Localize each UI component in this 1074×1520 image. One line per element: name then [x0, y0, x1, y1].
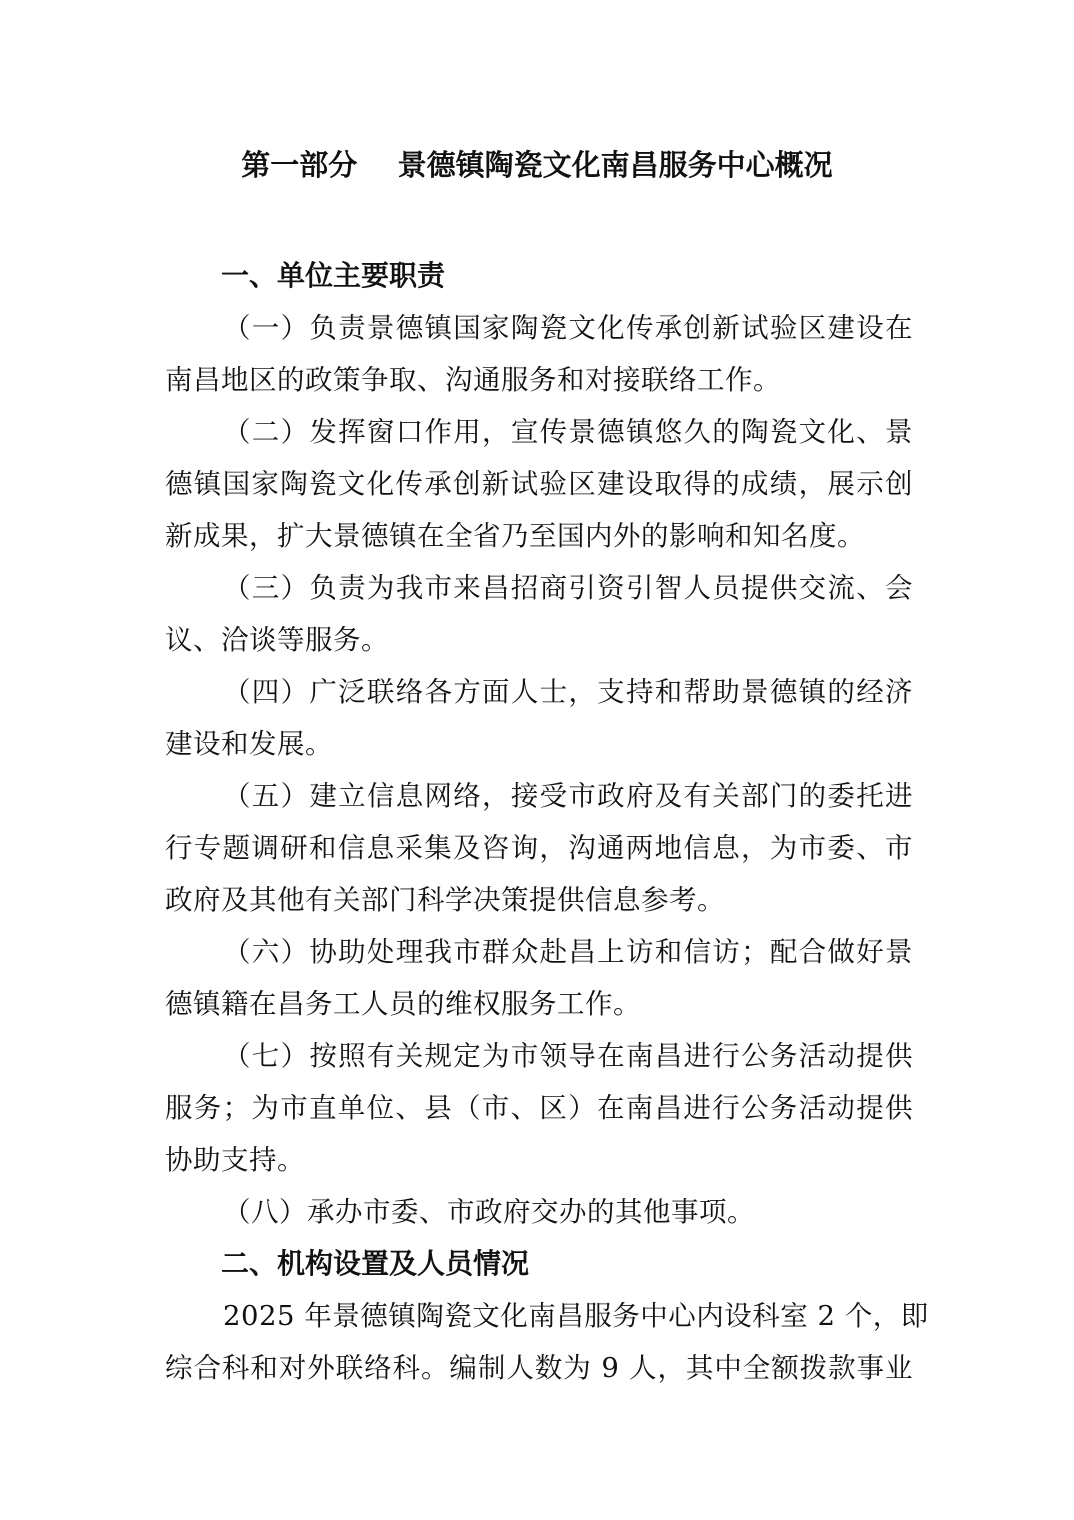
text-line: 建设和发展。: [165, 718, 913, 770]
text-line: （六）协助处理我市群众赴昌上访和信访；配合做好景: [165, 926, 913, 978]
text-line: 2025 年景德镇陶瓷文化南昌服务中心内设科室 2 个，即: [165, 1290, 913, 1342]
text-line: （三）负责为我市来昌招商引资引智人员提供交流、会: [165, 562, 913, 614]
section-heading: 一、单位主要职责: [165, 250, 913, 302]
text-line: （八）承办市委、市政府交办的其他事项。: [165, 1186, 913, 1238]
page-title: 第一部分 景德镇陶瓷文化南昌服务中心概况: [0, 140, 1074, 190]
section-heading: 二、机构设置及人员情况: [165, 1238, 913, 1290]
paragraph-duty-1: （一）负责景德镇国家陶瓷文化传承创新试验区建设在 南昌地区的政策争取、沟通服务和…: [165, 302, 913, 406]
section-duties: 一、单位主要职责 （一）负责景德镇国家陶瓷文化传承创新试验区建设在 南昌地区的政…: [165, 250, 913, 1394]
paragraph-duty-3: （三）负责为我市来昌招商引资引智人员提供交流、会 议、洽谈等服务。: [165, 562, 913, 666]
paragraph-duty-8: （八）承办市委、市政府交办的其他事项。: [165, 1186, 913, 1238]
text-line: 服务；为市直单位、县（市、区）在南昌进行公务活动提供: [165, 1082, 913, 1134]
text-line: （七）按照有关规定为市领导在南昌进行公务活动提供: [165, 1030, 913, 1082]
document-page: 第一部分 景德镇陶瓷文化南昌服务中心概况 一、单位主要职责 （一）负责景德镇国家…: [0, 0, 1074, 1520]
paragraph-duty-2: （二）发挥窗口作用，宣传景德镇悠久的陶瓷文化、景 德镇国家陶瓷文化传承创新试验区…: [165, 406, 913, 562]
paragraph-duty-6: （六）协助处理我市群众赴昌上访和信访；配合做好景 德镇籍在昌务工人员的维权服务工…: [165, 926, 913, 1030]
paragraph-duty-5: （五）建立信息网络，接受市政府及有关部门的委托进 行专题调研和信息采集及咨询，沟…: [165, 770, 913, 926]
text-line: （二）发挥窗口作用，宣传景德镇悠久的陶瓷文化、景: [165, 406, 913, 458]
text-line: （五）建立信息网络，接受市政府及有关部门的委托进: [165, 770, 913, 822]
paragraph-duty-7: （七）按照有关规定为市领导在南昌进行公务活动提供 服务；为市直单位、县（市、区）…: [165, 1030, 913, 1186]
text-line: 协助支持。: [165, 1134, 913, 1186]
text-line: 德镇籍在昌务工人员的维权服务工作。: [165, 978, 913, 1030]
text-line: 政府及其他有关部门科学决策提供信息参考。: [165, 874, 913, 926]
text-line: 南昌地区的政策争取、沟通服务和对接联络工作。: [165, 354, 913, 406]
text-line: 议、洽谈等服务。: [165, 614, 913, 666]
text-line: 综合科和对外联络科。编制人数为 9 人，其中全额拨款事业: [165, 1342, 913, 1394]
text-line: （四）广泛联络各方面人士，支持和帮助景德镇的经济: [165, 666, 913, 718]
text-line: 德镇国家陶瓷文化传承创新试验区建设取得的成绩，展示创: [165, 458, 913, 510]
paragraph-duty-4: （四）广泛联络各方面人士，支持和帮助景德镇的经济 建设和发展。: [165, 666, 913, 770]
paragraph-organization: 2025 年景德镇陶瓷文化南昌服务中心内设科室 2 个，即 综合科和对外联络科。…: [165, 1290, 913, 1394]
text-line: 新成果，扩大景德镇在全省乃至国内外的影响和知名度。: [165, 510, 913, 562]
text-line: 行专题调研和信息采集及咨询，沟通两地信息，为市委、市: [165, 822, 913, 874]
text-line: （一）负责景德镇国家陶瓷文化传承创新试验区建设在: [165, 302, 913, 354]
